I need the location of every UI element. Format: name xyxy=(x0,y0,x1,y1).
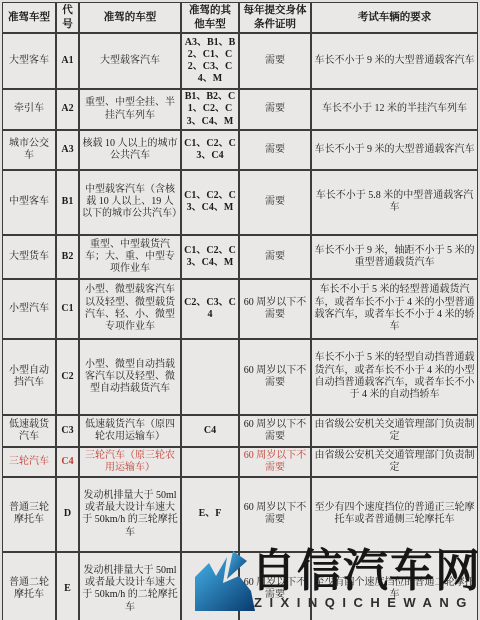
table-header: 准驾车型 代号 准驾的车型 准驾的其他车型 每年提交身体条件证明 考试车辆的要求 xyxy=(2,2,478,33)
table-cell: A1 xyxy=(56,33,79,89)
table-cell: 60 周岁以下不需要 xyxy=(239,415,311,447)
table-row: 小型自动挡汽车C2小型、微型自动挡载客汽车以及轻型、微型自动挡载货汽车60 周岁… xyxy=(2,339,478,415)
table-cell: B1 xyxy=(56,170,79,235)
table-row: 大型客车A1大型载客汽车A3、B1、B2、C1、C2、C3、C4、M需要车长不小… xyxy=(2,33,478,89)
table-cell: 60 周岁以下不需要 xyxy=(239,552,311,620)
header-row: 准驾车型 代号 准驾的车型 准驾的其他车型 每年提交身体条件证明 考试车辆的要求 xyxy=(2,2,478,33)
table-cell: 核载 10 人以上的城市公共汽车 xyxy=(79,130,181,170)
table-cell: C4 xyxy=(181,415,239,447)
table-cell: 三轮汽车 xyxy=(2,447,56,477)
col-header-other-classes: 准驾的其他车型 xyxy=(181,2,239,33)
table-cell: 60 周岁以下不需要 xyxy=(239,279,311,339)
table-cell: 由省级公安机关交通管理部门负责制定 xyxy=(311,447,478,477)
table-cell: 需要 xyxy=(239,130,311,170)
table-row: 中型客车B1中型载客汽车（含核载 10 人以上、19 人以下的城市公共汽车）C1… xyxy=(2,170,478,235)
table-cell: 中型客车 xyxy=(2,170,56,235)
table-cell: 需要 xyxy=(239,170,311,235)
table-cell: 大型载客汽车 xyxy=(79,33,181,89)
table-row: 小型汽车C1小型、微型载客汽车以及轻型、微型载货汽车、轻、小、微型专项作业车C2… xyxy=(2,279,478,339)
table-cell: 中型载客汽车（含核载 10 人以上、19 人以下的城市公共汽车） xyxy=(79,170,181,235)
table-cell: 城市公交车 xyxy=(2,130,56,170)
table-row: 大型货车B2重型、中型载货汽车；大、重、中型专项作业车C1、C2、C3、C4、M… xyxy=(2,235,478,279)
table-cell: C1、C2、C3、C4、M xyxy=(181,235,239,279)
table-cell: 至少有四个速度挡位的普通二轮摩托车 xyxy=(311,552,478,620)
table-row: 低速载货汽车C3低速载货汽车（原四轮农用运输车）C460 周岁以下不需要由省级公… xyxy=(2,415,478,447)
screenshot-root: 准驾车型 代号 准驾的车型 准驾的其他车型 每年提交身体条件证明 考试车辆的要求… xyxy=(0,0,480,620)
table-cell: E、F xyxy=(181,477,239,552)
table-cell: 小型自动挡汽车 xyxy=(2,339,56,415)
table-cell: 低速载货汽车（原四轮农用运输车） xyxy=(79,415,181,447)
table-cell: 车长不小于 5 米的轻型普通载货汽车，或者车长不小于 4 米的小型普通载客汽车，… xyxy=(311,279,478,339)
table-cell: 普通三轮摩托车 xyxy=(2,477,56,552)
table-cell: D xyxy=(56,477,79,552)
table-cell xyxy=(181,339,239,415)
table-cell: C3 xyxy=(56,415,79,447)
table-cell: C4 xyxy=(56,447,79,477)
table-cell: 车长不小于 9 米的大型普通载客汽车 xyxy=(311,33,478,89)
table-cell: C1、C2、C3、C4 xyxy=(181,130,239,170)
col-header-vehicles: 准驾的车型 xyxy=(79,2,181,33)
table-cell: 60 周岁以下不需要 xyxy=(239,477,311,552)
license-class-table: 准驾车型 代号 准驾的车型 准驾的其他车型 每年提交身体条件证明 考试车辆的要求… xyxy=(2,2,478,620)
col-header-exam-vehicle: 考试车辆的要求 xyxy=(311,2,478,33)
table-cell: 车长不小于 9 米的大型普通载客汽车 xyxy=(311,130,478,170)
table-cell: C1、C2、C3、C4、M xyxy=(181,170,239,235)
table-row: 普通二轮摩托车E发动机排量大于 50ml 或者最大设计车速大于 50km/h 的… xyxy=(2,552,478,620)
table-cell: 低速载货汽车 xyxy=(2,415,56,447)
table-row: 三轮汽车C4三轮汽车（原三轮农用运输车）60 周岁以下不需要由省级公安机关交通管… xyxy=(2,447,478,477)
table-cell: 牵引车 xyxy=(2,89,56,130)
table-cell: 需要 xyxy=(239,33,311,89)
table-cell: 普通二轮摩托车 xyxy=(2,552,56,620)
table-cell: A2 xyxy=(56,89,79,130)
table-cell: C1 xyxy=(56,279,79,339)
col-header-health-cert: 每年提交身体条件证明 xyxy=(239,2,311,33)
table-cell: 车长不小于 5.8 米的中型普通载客汽车 xyxy=(311,170,478,235)
table-cell: 至少有四个速度挡位的普通正三轮摩托车或者普通侧三轮摩托车 xyxy=(311,477,478,552)
table-cell: 车长不小于 9 米，轴距不小于 5 米的重型普通载货汽车 xyxy=(311,235,478,279)
table-cell: 由省级公安机关交通管理部门负责制定 xyxy=(311,415,478,447)
table-cell: 发动机排量大于 50ml 或者最大设计车速大于 50km/h 的三轮摩托车 xyxy=(79,477,181,552)
table-cell: 小型、微型自动挡载客汽车以及轻型、微型自动挡载货汽车 xyxy=(79,339,181,415)
table-cell: C2 xyxy=(56,339,79,415)
col-header-code: 代号 xyxy=(56,2,79,33)
table-row: 城市公交车A3核载 10 人以上的城市公共汽车C1、C2、C3、C4需要车长不小… xyxy=(2,130,478,170)
license-table-body: 大型客车A1大型载客汽车A3、B1、B2、C1、C2、C3、C4、M需要车长不小… xyxy=(2,33,478,620)
table-cell: 小型、微型载客汽车以及轻型、微型载货汽车、轻、小、微型专项作业车 xyxy=(79,279,181,339)
table-cell: 大型客车 xyxy=(2,33,56,89)
table-cell: 需要 xyxy=(239,89,311,130)
table-cell: B2 xyxy=(56,235,79,279)
table-cell: C2、C3、C4 xyxy=(181,279,239,339)
table-cell: A3 xyxy=(56,130,79,170)
table-row: 普通三轮摩托车D发动机排量大于 50ml 或者最大设计车速大于 50km/h 的… xyxy=(2,477,478,552)
table-cell: 需要 xyxy=(239,235,311,279)
table-cell xyxy=(181,447,239,477)
table-cell: 60 周岁以下不需要 xyxy=(239,447,311,477)
table-row: 牵引车A2重型、中型全挂、半挂汽车列车B1、B2、C1、C2、C3、C4、M需要… xyxy=(2,89,478,130)
table-cell: 三轮汽车（原三轮农用运输车） xyxy=(79,447,181,477)
table-cell: 车长不小于 12 米的半挂汽车列车 xyxy=(311,89,478,130)
table-cell: 重型、中型载货汽车；大、重、中型专项作业车 xyxy=(79,235,181,279)
table-cell: 小型汽车 xyxy=(2,279,56,339)
table-cell: A3、B1、B2、C1、C2、C3、C4、M xyxy=(181,33,239,89)
table-cell xyxy=(181,552,239,620)
table-cell: 60 周岁以下不需要 xyxy=(239,339,311,415)
table-cell: 发动机排量大于 50ml 或者最大设计车速大于 50km/h 的二轮摩托车 xyxy=(79,552,181,620)
table-cell: 车长不小于 5 米的轻型自动挡普通载货汽车，或者车长不小于 4 米的小型自动挡普… xyxy=(311,339,478,415)
table-cell: 大型货车 xyxy=(2,235,56,279)
table-cell: E xyxy=(56,552,79,620)
col-header-license-type: 准驾车型 xyxy=(2,2,56,33)
table-cell: B1、B2、C1、C2、C3、C4、M xyxy=(181,89,239,130)
table-cell: 重型、中型全挂、半挂汽车列车 xyxy=(79,89,181,130)
